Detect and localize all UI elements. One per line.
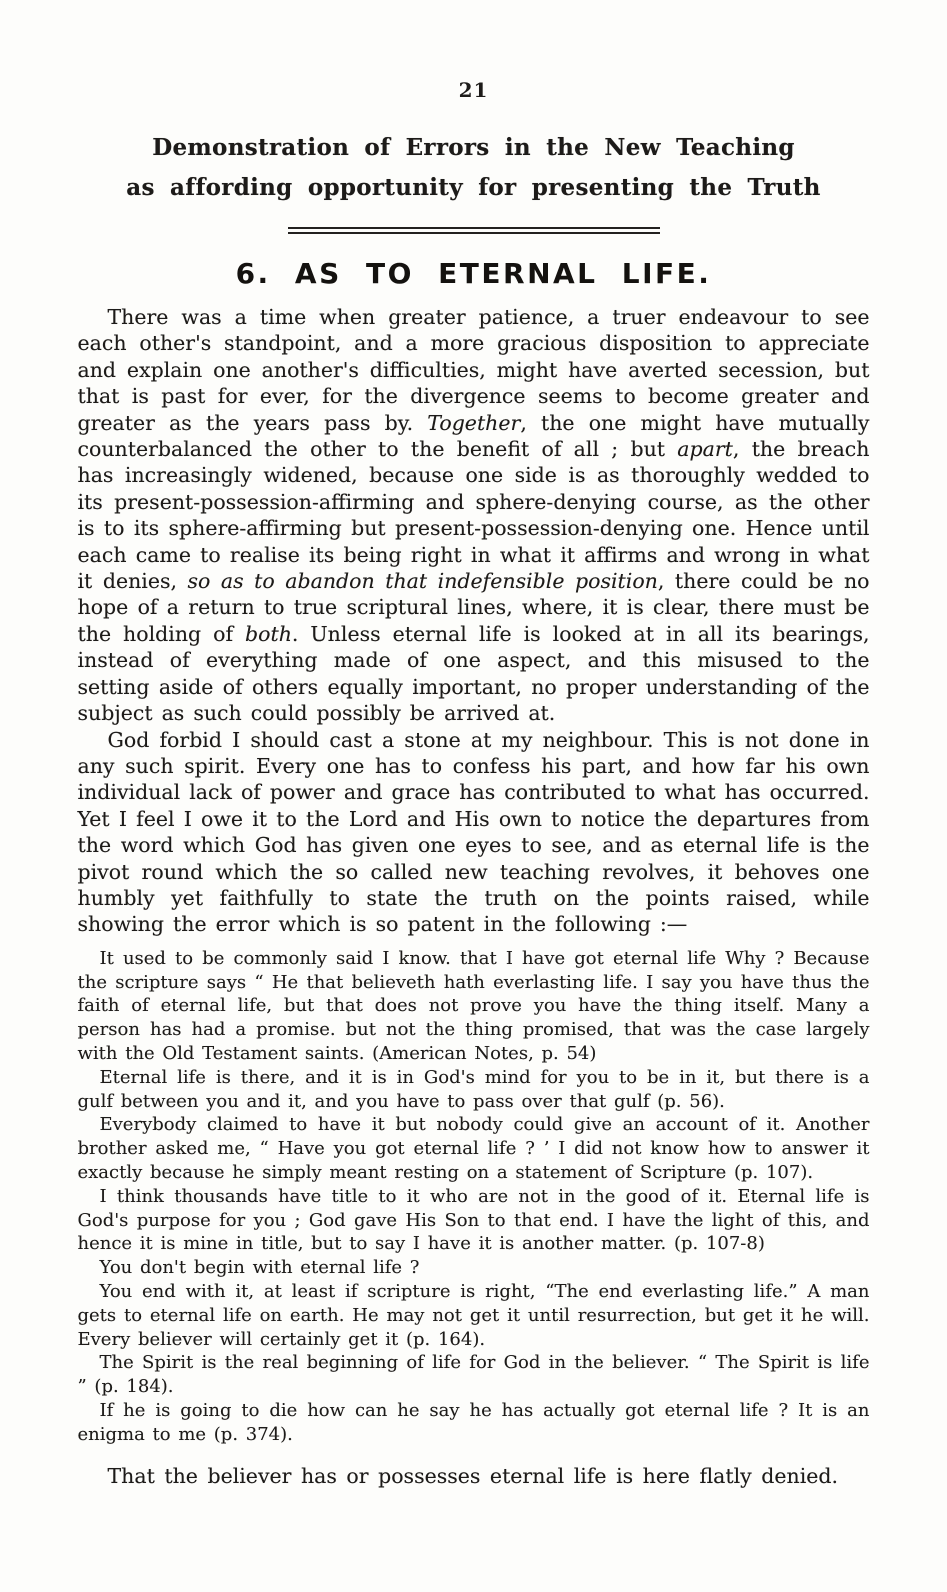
double-rule-divider — [288, 227, 660, 234]
scanned-book-page: 21 Demonstration of Errors in the New Te… — [0, 0, 947, 1592]
page-number: 21 — [0, 0, 947, 102]
quote-extract-7: The Spirit is the real beginning of life… — [78, 1351, 870, 1399]
quote-extract-5: You don't begin with eternal life ? — [78, 1256, 870, 1280]
quote-extract-8: If he is going to die how can he say he … — [78, 1399, 870, 1447]
quote-extract-3: Everybody claimed to have it but nobody … — [78, 1113, 870, 1184]
closing-statement: That the believer has or possesses etern… — [78, 1463, 870, 1490]
body-paragraph-1: There was a time when greater patience, … — [78, 304, 870, 727]
body-text-block: There was a time when greater patience, … — [78, 304, 870, 1490]
heading-line-2: as affording opportunity for presenting … — [0, 168, 947, 208]
heading-line-1: Demonstration of Errors in the New Teach… — [0, 128, 947, 168]
body-paragraph-2: God forbid I should cast a stone at my n… — [78, 727, 870, 938]
quote-extract-6: You end with it, at least if scripture i… — [78, 1280, 870, 1351]
document-heading: Demonstration of Errors in the New Teach… — [0, 128, 947, 208]
quoted-extracts-block: It used to be commonly said I know. that… — [78, 947, 870, 1447]
quote-extract-2: Eternal life is there, and it is in God'… — [78, 1066, 870, 1114]
quote-extract-4: I think thousands have title to it who a… — [78, 1185, 870, 1256]
section-title: 6. AS TO ETERNAL LIFE. — [0, 257, 947, 291]
quote-extract-1: It used to be commonly said I know. that… — [78, 947, 870, 1066]
